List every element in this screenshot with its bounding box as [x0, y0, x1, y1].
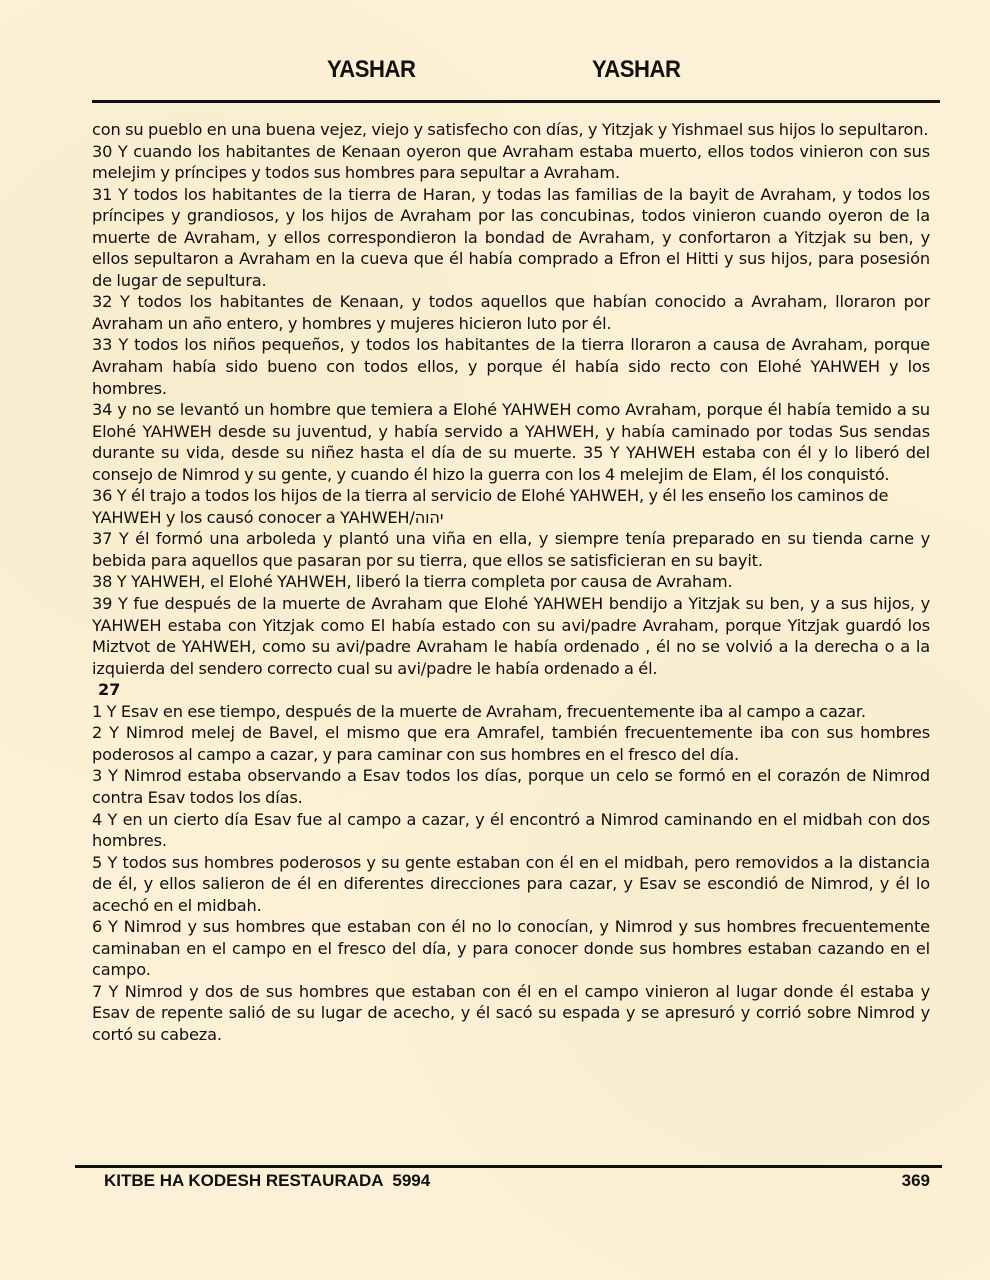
verse-paragraph: 38 Y YAHWEH, el Elohé YAHWEH, liberó la … — [92, 571, 930, 593]
verse-paragraph: 31 Y todos los habitantes de la tierra d… — [92, 184, 930, 292]
page-body: con su pueblo en una buena vejez, viejo … — [92, 119, 930, 1046]
page-footer: KITBE HA KODESH RESTAURADA 5994 369 — [104, 1171, 930, 1195]
footer-book-title: KITBE HA KODESH RESTAURADA 5994 — [104, 1171, 430, 1191]
chapter-number: 27 — [92, 679, 930, 701]
page-header: YASHAR YASHAR — [0, 56, 990, 92]
verse-paragraph: 2 Y Nimrod melej de Bavel, el mismo que … — [92, 722, 930, 765]
verse-paragraph: 6 Y Nimrod y sus hombres que estaban con… — [92, 916, 930, 981]
running-head-left: YASHAR — [327, 56, 415, 84]
verse-paragraph: 1 Y Esav en ese tiempo, después de la mu… — [92, 701, 930, 723]
verse-paragraph: 39 Y fue después de la muerte de Avraham… — [92, 593, 930, 679]
verse-paragraph: 37 Y él formó una arboleda y plantó una … — [92, 528, 930, 571]
running-head-right: YASHAR — [592, 56, 680, 84]
header-rule — [92, 100, 940, 103]
verse-paragraph: 7 Y Nimrod y dos de sus hombres que esta… — [92, 981, 930, 1046]
verse-paragraph: 5 Y todos sus hombres poderosos y su gen… — [92, 852, 930, 917]
verse-paragraph: 4 Y en un cierto día Esav fue al campo a… — [92, 809, 930, 852]
page-number: 369 — [902, 1171, 930, 1191]
verse-paragraph: 34 y no se levantó un hombre que temiera… — [92, 399, 930, 485]
footer-rule — [75, 1165, 942, 1168]
verse-paragraph: 33 Y todos los niños pequeños, y todos l… — [92, 334, 930, 399]
verse-paragraph: con su pueblo en una buena vejez, viejo … — [92, 119, 930, 141]
verse-paragraph: 36 Y él trajo a todos los hijos de la ti… — [92, 485, 930, 528]
verse-paragraph: 32 Y todos los habitantes de Kenaan, y t… — [92, 291, 930, 334]
verse-paragraph: 30 Y cuando los habitantes de Kenaan oye… — [92, 141, 930, 184]
verse-paragraph: 3 Y Nimrod estaba observando a Esav todo… — [92, 765, 930, 808]
